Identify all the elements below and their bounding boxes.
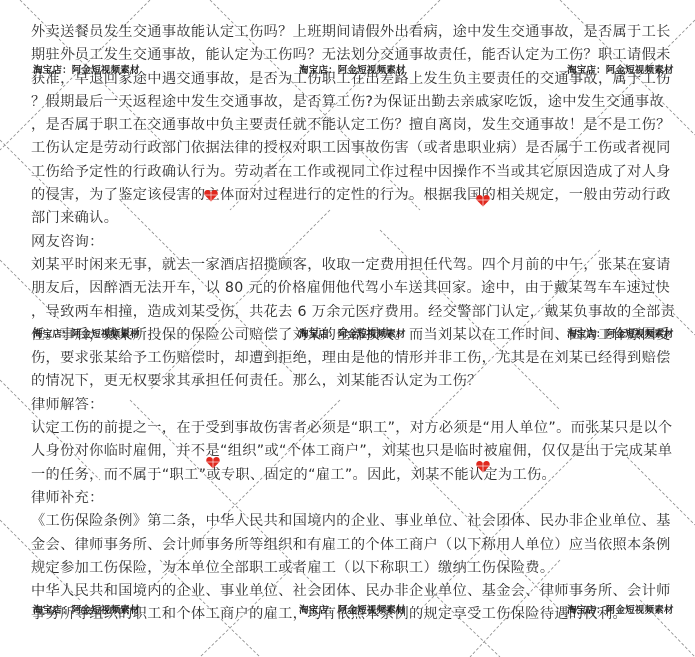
text-line: 规定参加工伤保险，为本单位全部职工或者雇工（以下称职工）缴纳工伤保险费。	[31, 557, 671, 580]
watermark-label: 淘宝店：阿金短视频素材	[299, 326, 406, 340]
text-line: 律师解答：	[31, 394, 671, 417]
text-line: 部门来确认。	[31, 207, 671, 230]
text-line: ，导致两车相撞，造成刘某受伤，共花去 6 万余元医疗费用。经交警部门认定，戴某负…	[31, 301, 671, 324]
text-line: 金会、律师事务所、会计师事务所等组织和有雇工的个体工商户（以下称用人单位）应当依…	[31, 534, 671, 557]
heart-icon	[476, 192, 490, 205]
watermark-label: 淘宝店：阿金短视频素材	[299, 62, 406, 76]
text-line: 《工伤保险条例》第二条，中华人民共和国境内的企业、事业单位、社会团体、民办非企业…	[31, 510, 671, 533]
text-line: 律师补充：	[31, 487, 671, 510]
text-line: 网友咨询：	[31, 231, 671, 254]
text-line: ，是否属于职工在交通事故中负主要责任就不能认定工伤？擅自离岗，发生交通事故！是不…	[31, 114, 671, 137]
heart-icon	[206, 454, 220, 467]
watermark-label: 淘宝店：阿金短视频素材	[567, 326, 674, 340]
text-line: 外卖送餐员发生交通事故能认定工伤吗？上班期间请假外出看病，途中发生交通事故，是否…	[31, 21, 671, 44]
heart-icon	[476, 458, 490, 471]
text-line: 认定工伤的前提之一，在于受到事故伤害者必须是“职工”，对方必须是“用人单位”。而…	[31, 417, 671, 440]
text-line: 一的任务，而不属于“职工”或专职、固定的“雇工”。因此，刘某不能认定为工伤。	[31, 464, 671, 487]
text-line: 的侵害，为了鉴定该侵害的主体而对过程进行的定性的行为。根据我国的相关规定，一般由…	[31, 184, 671, 207]
text-line: 朋友后，因醉酒无法开车，以 80 元的价格雇佣他代驾小车送其回家。途中，由于戴某…	[31, 277, 671, 300]
text-line: 中华人民共和国境内的企业、事业单位、社会团体、民办非企业单位、基金会、律师事务所…	[31, 580, 671, 603]
watermark-label: 淘宝店：阿金短视频素材	[567, 62, 674, 76]
text-line: 工伤给予定性的行政确认行为。劳动者在工作或视同工作过程中因操作不当或其它原因造成…	[31, 161, 671, 184]
text-line: 刘某平时闲来无事，就去一家酒店招揽顾客，收取一定费用担任代驾。四个月前的中午，张…	[31, 254, 671, 277]
watermark-label: 淘宝店：阿金短视频素材	[33, 326, 140, 340]
text-line: 伤，要求张某给予工伤赔偿时，却遭到拒绝，理由是他的情形并非工伤，尤其是在刘某已经…	[31, 347, 671, 370]
text-line: ？假期最后一天返程途中发生交通事故，是否算工伤?为保证出勤去亲戚家吃饭，途中发生…	[31, 91, 671, 114]
article-body: 外卖送餐员发生交通事故能认定工伤吗？上班期间请假外出看病，途中发生交通事故，是否…	[31, 21, 671, 627]
text-line: 人身份对你临时雇佣，并不是“组织”或“个体工商户”，刘某也只是临时被雇佣，仅仅是…	[31, 440, 671, 463]
text-line: 的情况下，更无权要求其承担任何责任。那么，刘某能否认定为工伤？	[31, 370, 671, 393]
watermark-label: 淘宝店：阿金短视频素材	[567, 602, 674, 616]
watermark-label: 淘宝店：阿金短视频素材	[299, 602, 406, 616]
heart-icon	[204, 187, 218, 200]
watermark-label: 淘宝店：阿金短视频素材	[33, 602, 140, 616]
watermark-label: 淘宝店：阿金短视频素材	[33, 62, 140, 76]
document-page: 外卖送餐员发生交通事故能认定工伤吗？上班期间请假外出看病，途中发生交通事故，是否…	[0, 0, 695, 657]
text-line: 工伤认定是劳动行政部门依据法律的授权对职工因事故伤害（或者患职业病）是否属于工伤…	[31, 137, 671, 160]
